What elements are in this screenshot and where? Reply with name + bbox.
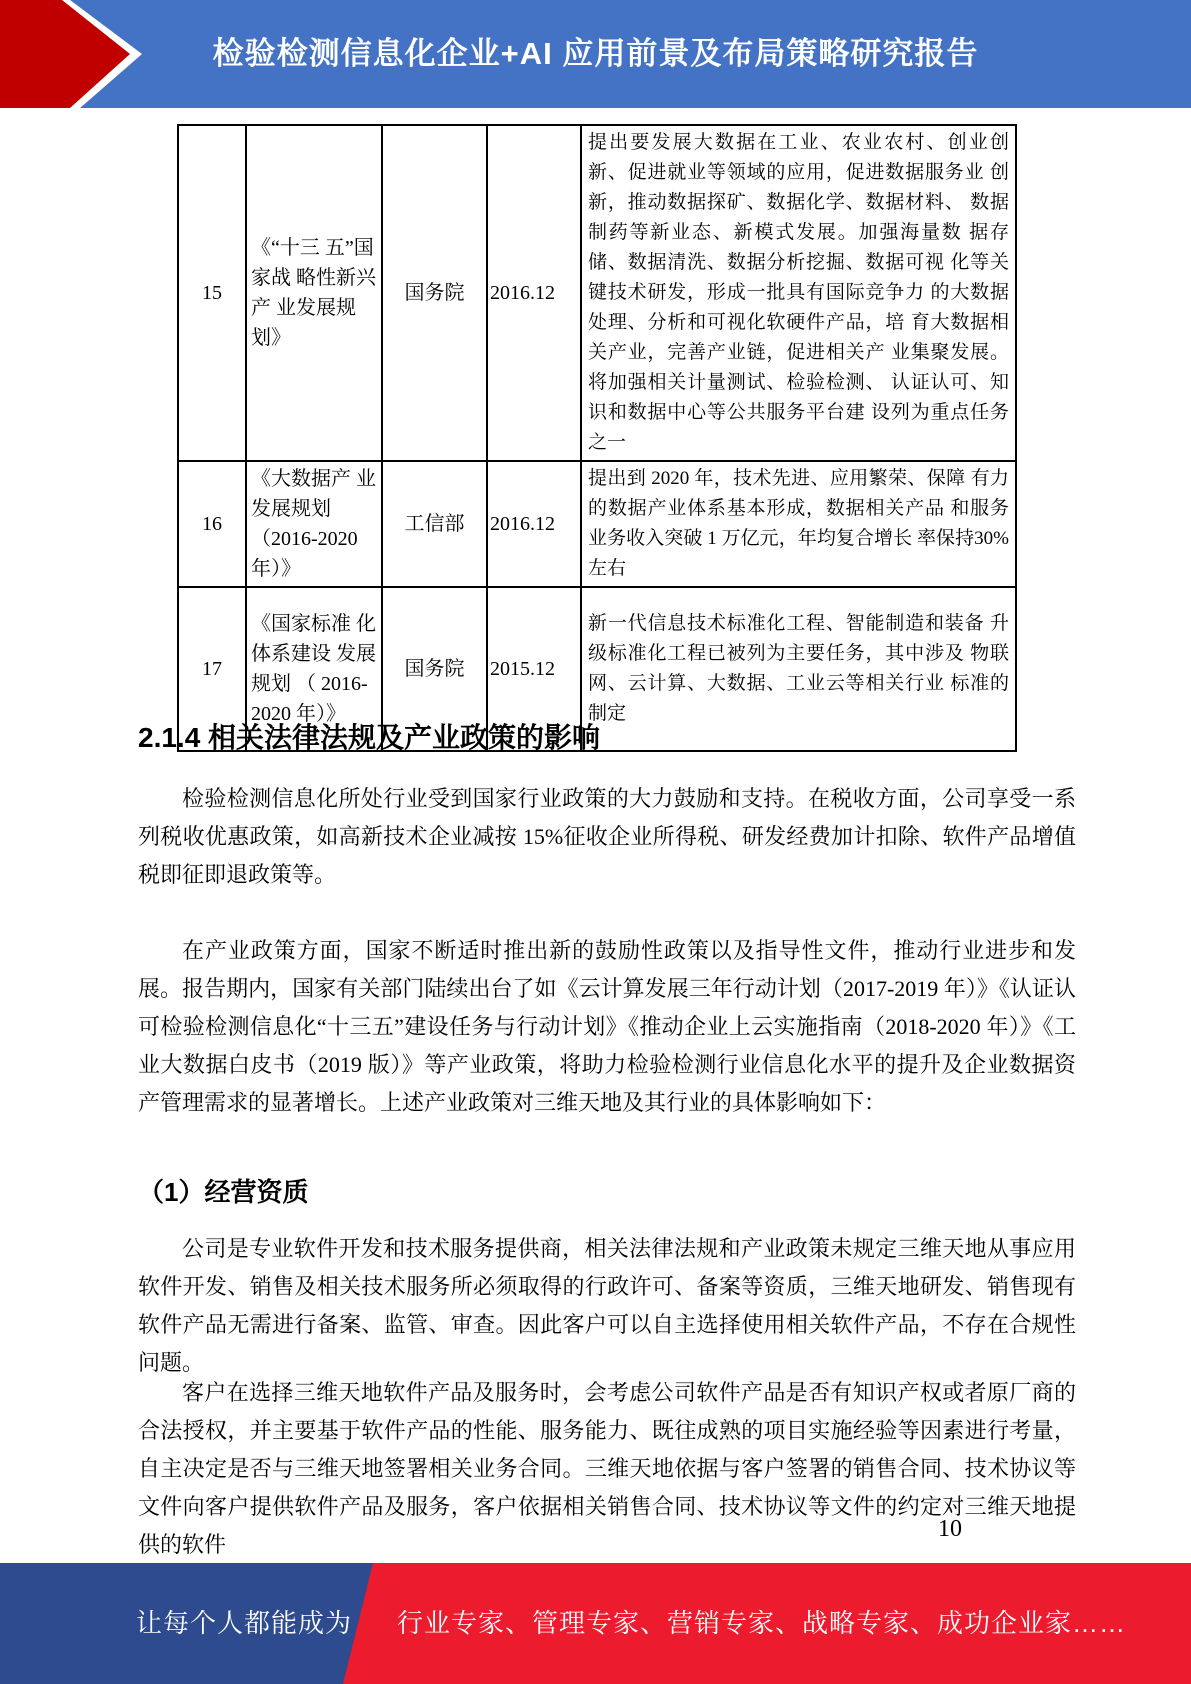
description-cell: 提出到 2020 年，技术先进、应用繁荣、保障 有力的数据产业体系基本形成，数据…: [581, 461, 1016, 587]
table-row: 16 《大数据产 业发展规划 （2016-2020 年）》 工信部 2016.1…: [178, 461, 1016, 587]
footer-slogan-left: 让每个人都能成为: [0, 1563, 352, 1684]
page-number: 10: [938, 1516, 962, 1543]
row-number-cell: 16: [178, 461, 246, 587]
section-heading: 2.1.4 相关法律法规及产业政策的影响: [138, 716, 1078, 756]
paragraph-tax-policy: 检验检测信息化所处行业受到国家行业政策的大力鼓励和支持。在税收方面，公司享受一系…: [138, 780, 1076, 894]
paragraph-customer-choice: 客户在选择三维天地软件产品及服务时，会考虑公司软件产品是否有知识产权或者原厂商的…: [138, 1374, 1076, 1564]
issuer-cell: 工信部: [382, 461, 487, 587]
page-footer: 让每个人都能成为 行业专家、管理专家、营销专家、战略专家、成功企业家……: [0, 1563, 1191, 1684]
table-row: 15 《“十三 五”国家战 略性新兴产 业发展规划》 国务院 2016.12 提…: [178, 125, 1016, 461]
description-cell: 提出要发展大数据在工业、农业农村、创业创 新、促进就业等领域的应用，促进数据服务…: [581, 125, 1016, 461]
issuer-cell: 国务院: [382, 125, 487, 461]
policy-title-cell: 《“十三 五”国家战 略性新兴产 业发展规划》: [246, 125, 382, 461]
policy-table: 15 《“十三 五”国家战 略性新兴产 业发展规划》 国务院 2016.12 提…: [177, 124, 1017, 752]
paragraph-qualification: 公司是专业软件开发和技术服务提供商，相关法律法规和产业政策未规定三维天地从事应用…: [138, 1230, 1076, 1382]
date-cell: 2016.12: [487, 125, 581, 461]
footer-slogan-right: 行业专家、管理专家、营销专家、战略专家、成功企业家……: [397, 1563, 1126, 1684]
report-header: 检验检测信息化企业+AI 应用前景及布局策略研究报告: [0, 0, 1191, 108]
row-number-cell: 15: [178, 125, 246, 461]
paragraph-industry-policy: 在产业政策方面，国家不断适时推出新的鼓励性政策以及指导性文件，推动行业进步和发展…: [138, 932, 1076, 1122]
sub-heading-business-qualification: （1）经营资质: [138, 1172, 1078, 1209]
policy-title-cell: 《大数据产 业发展规划 （2016-2020 年）》: [246, 461, 382, 587]
date-cell: 2016.12: [487, 461, 581, 587]
report-title: 检验检测信息化企业+AI 应用前景及布局策略研究报告: [0, 0, 1191, 108]
